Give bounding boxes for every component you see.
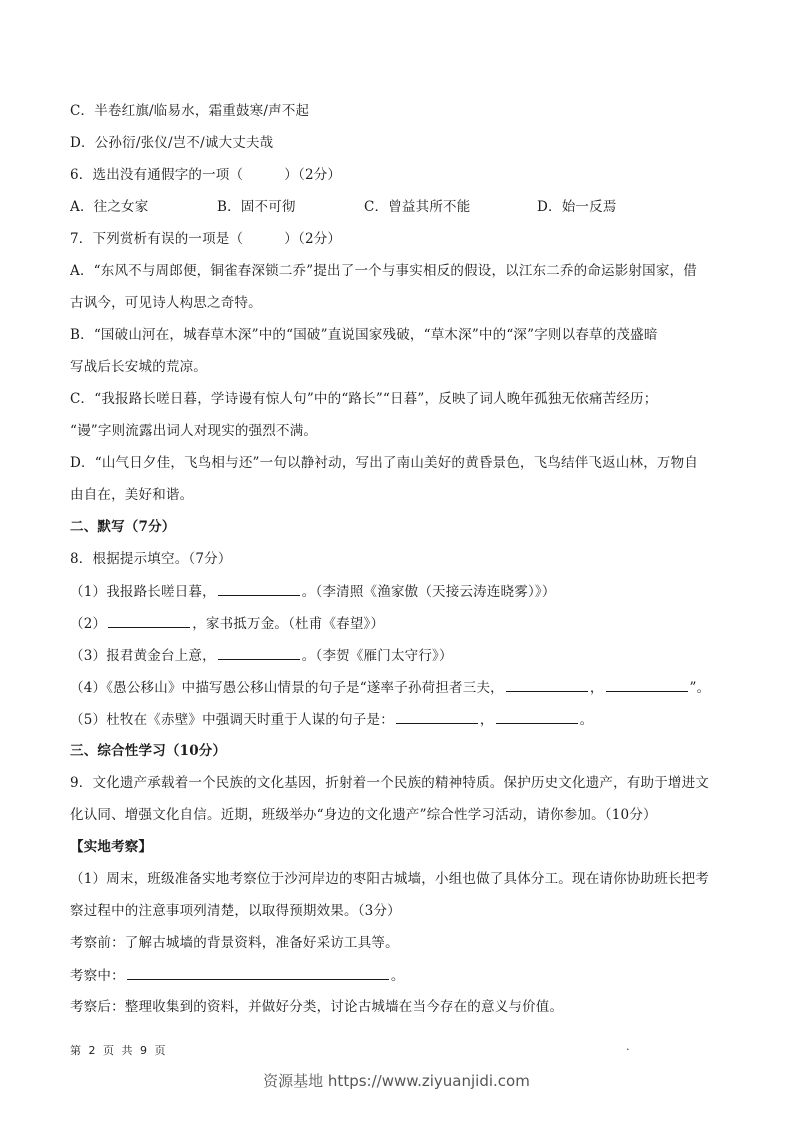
q7-d-line2: 由自在，美好和谐。: [70, 486, 193, 504]
q6-options: A．往之女家 B．固不可彻 C．曾益其所不能 D．始一反焉: [70, 198, 617, 216]
during-label: 考察中：: [70, 968, 125, 984]
section2-title: 二、默写（7分）: [70, 518, 176, 536]
q8-3-blank[interactable]: [218, 646, 300, 660]
during-period: 。: [391, 968, 405, 984]
q8-5-separator: ，: [480, 712, 494, 728]
before-study: 考察前：了解古城墙的背景资料，准备好采访工具等。: [70, 934, 399, 952]
q5-option-c: C．半卷红旗/临易水，霜重鼓寒/声不起: [70, 102, 309, 120]
section3-title: 三、综合性学习（10分）: [70, 742, 226, 760]
q7-b-line2: 写战后长安城的荒凉。: [70, 358, 207, 376]
q8-5-blank-2[interactable]: [496, 710, 578, 724]
q8-item-5: （5）杜牧在《赤壁》中强调天时重于人谋的句子是：，。: [70, 710, 593, 729]
q8-1-blank[interactable]: [218, 582, 300, 596]
watermark: 资源基地 https://www.ziyuanjidi.com: [0, 1070, 793, 1091]
page-number: 第 2 页 共 9 页: [70, 1042, 167, 1058]
q8-3-prefix: （3）报君黄金台上意，: [70, 648, 216, 664]
q6-option-c: C．曾益其所不能: [364, 198, 537, 216]
q7-d-line1: D．“山气日夕佳，飞鸟相与还”一句以静衬动，写出了南山美好的黄昏景色，飞鸟结伴飞…: [70, 454, 698, 472]
field-study-title: 【实地考察】: [70, 838, 152, 856]
q9-line1: 9．文化遗产承载着一个民族的文化基因，折射着一个民族的精神特质。保护历史文化遗产…: [70, 774, 709, 792]
q8-4-separator: ，: [590, 680, 604, 696]
q8-4-blank-2[interactable]: [606, 678, 688, 692]
q8-2-suffix: ，家书抵万金。（杜甫《春望》）: [192, 616, 384, 632]
q8-item-3: （3）报君黄金台上意，。（李贺《雁门太守行》）: [70, 646, 453, 665]
q6-option-b: B．固不可彻: [217, 198, 364, 216]
q9-line2: 化认同、增强文化自信。近期，班级举办“身边的文化遗产”综合性学习活动，请你参加。…: [70, 806, 657, 824]
during-blank[interactable]: [127, 966, 389, 980]
q5-option-d: D．公孙衍/张仪/岂不/诚大丈夫哉: [70, 134, 273, 152]
q8-stem: 8．根据提示填空。（7分）: [70, 550, 232, 568]
q8-4-blank-1[interactable]: [506, 678, 588, 692]
q6-stem: 6．选出没有通假字的一项（ ）（2分）: [70, 166, 341, 184]
q8-2-blank[interactable]: [108, 614, 190, 628]
q8-item-2: （2），家书抵万金。（杜甫《春望》）: [70, 614, 384, 633]
q8-3-suffix: 。（李贺《雁门太守行》）: [302, 648, 453, 664]
document-page: C．半卷红旗/临易水，霜重鼓寒/声不起 D．公孙衍/张仪/岂不/诚大丈夫哉 6．…: [0, 0, 793, 1122]
q7-c-line1: C．“我报路长嗟日暮，学诗谩有惊人句”中的“路长”“日暮”，反映了词人晚年孤独无…: [70, 390, 657, 408]
after-study: 考察后：整理收集到的资料，并做好分类，讨论古城墙在当今存在的意义与价值。: [70, 998, 563, 1016]
q9-1-line1: （1）周末，班级准备实地考察位于沙河岸边的枣阳古城墙，小组也做了具体分工。现在请…: [70, 870, 709, 888]
q8-2-prefix: （2）: [70, 616, 106, 632]
q7-a-line2: 古讽今，可见诗人构思之奇特。: [70, 294, 262, 312]
q7-c-line2: “谩”字则流露出词人对现实的强烈不满。: [70, 422, 317, 440]
q7-a-line1: A．“东风不与周郎便，铜雀春深锁二乔”提出了一个与事实相反的假设，以江东二乔的命…: [70, 262, 697, 280]
q8-5-prefix: （5）杜牧在《赤壁》中强调天时重于人谋的句子是：: [70, 712, 394, 728]
q8-item-4: （4）《愚公移山》中描写愚公移山情景的句子是“遂率子孙荷担者三夫，，”。: [70, 678, 710, 697]
q7-stem: 7．下列赏析有误的一项是（ ）（2分）: [70, 230, 341, 248]
q8-4-prefix: （4）《愚公移山》中描写愚公移山情景的句子是“遂率子孙荷担者三夫，: [70, 680, 504, 696]
q8-item-1: （1）我报路长嗟日暮，。（李清照《渔家傲（天接云涛连晓雾）》）: [70, 582, 556, 601]
during-study: 考察中：。: [70, 966, 405, 985]
q6-option-d: D．始一反焉: [537, 198, 617, 216]
q9-1-line2: 察过程中的注意事项列清楚，以取得预期效果。（3分）: [70, 902, 401, 920]
footer-dot: .: [626, 1040, 630, 1053]
q8-1-suffix: 。（李清照《渔家傲（天接云涛连晓雾）》）: [302, 584, 556, 600]
q8-5-suffix: 。: [580, 712, 594, 728]
q8-1-prefix: （1）我报路长嗟日暮，: [70, 584, 216, 600]
q8-5-blank-1[interactable]: [396, 710, 478, 724]
q7-b-line1: B．“国破山河在，城春草木深”中的“国破”直说国家残破，“草木深”中的“深”字则…: [70, 326, 658, 344]
q8-4-suffix: ”。: [690, 680, 711, 696]
q6-option-a: A．往之女家: [70, 198, 217, 216]
